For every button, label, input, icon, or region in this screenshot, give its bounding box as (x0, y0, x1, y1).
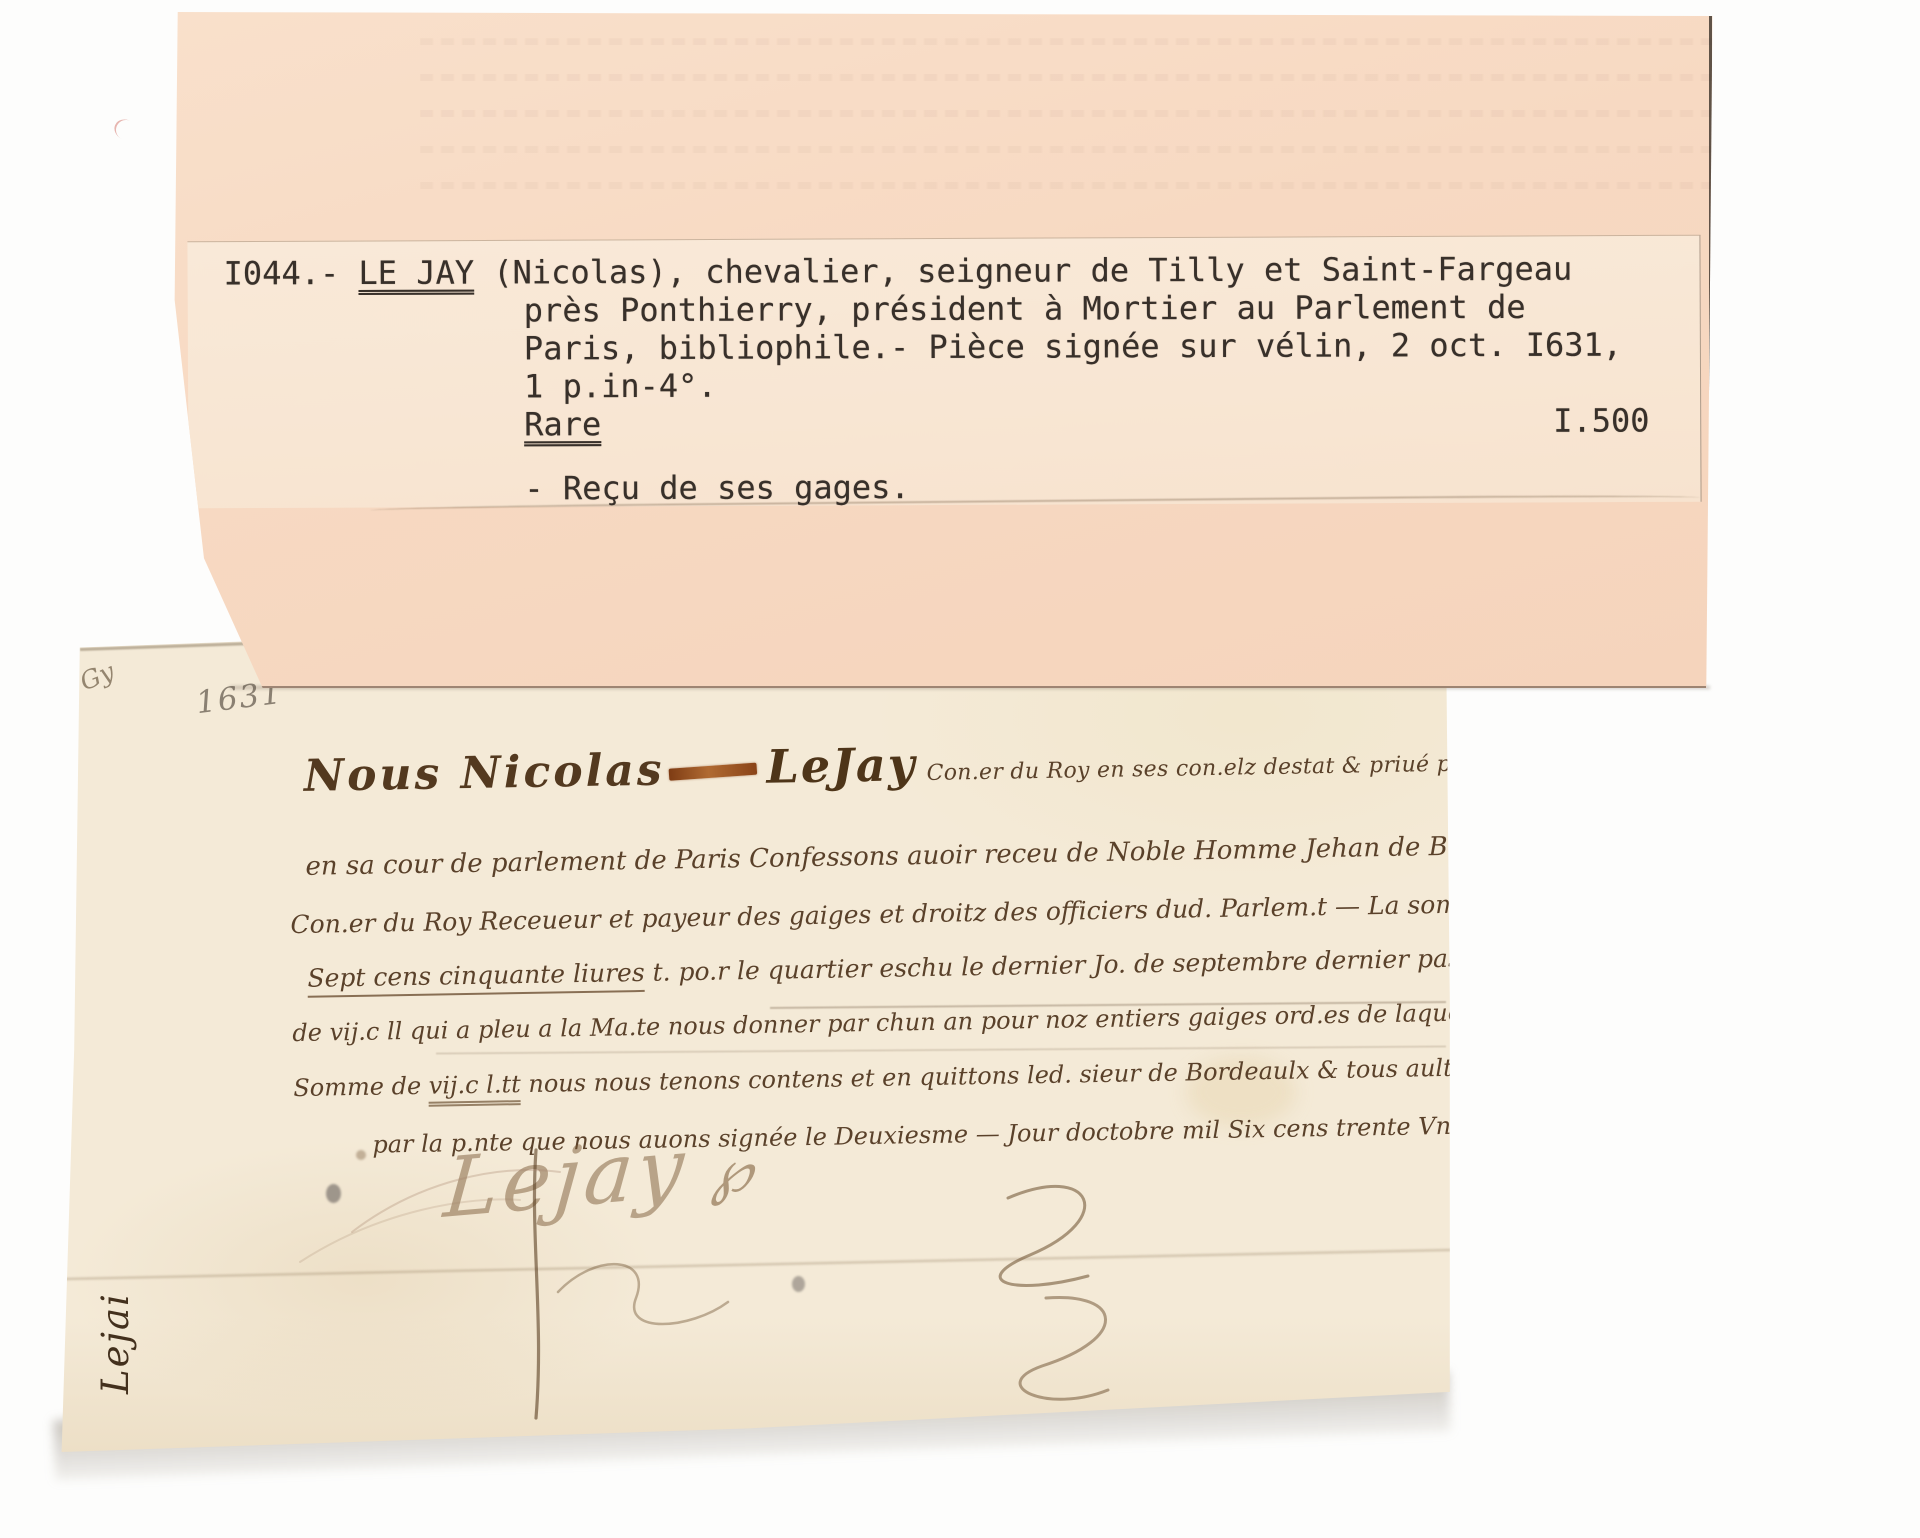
scan-background: Gy 1631 Nous NicolasLeJayCon.er du Roy e… (0, 0, 1920, 1538)
entry-name: LE JAY (358, 254, 474, 292)
manuscript-line-1-rest: Con.er du Roy en ses con.elz destat & pr… (926, 748, 1644, 786)
red-ink-dash (668, 763, 757, 781)
underlined-sum: Sept cens cinquante liures (307, 958, 645, 998)
entry-line-rare: Rare I.500 (524, 402, 1622, 444)
entry-line-3: Paris, bibliophile.- Pièce signée sur vé… (524, 326, 1622, 368)
card-right-edge (1709, 16, 1712, 685)
entry-note: - Reçu de ses gages. (524, 466, 1622, 508)
red-pen-mark (111, 116, 142, 145)
manuscript-line-5: de vij.c ll qui a pleu a la Ma.te nous d… (292, 998, 1523, 1047)
rare-label: Rare (524, 405, 601, 443)
manuscript-opening-words: Nous Nicolas (303, 745, 665, 802)
typewriter-ghost-impression (420, 38, 1720, 190)
manuscript-line-4: Sept cens cinquante liures t. po.r le qu… (307, 941, 1595, 992)
entry-line-1-rest: (Nicolas), chevalier, seigneur de Tilly … (474, 250, 1572, 292)
card-bottom-edge (255, 686, 1706, 688)
manuscript-line-3: Con.er du Roy Receueur et payeur des gai… (290, 888, 1569, 939)
underlined-amount: vij.c l.tt (429, 1070, 522, 1107)
manuscript-line-4-rest: t. po.r le quartier eschu le dernier Jo.… (644, 941, 1595, 987)
entry-line-2: près Ponthierry, président à Mortier au … (524, 288, 1622, 330)
manuscript-line-2: en sa cour de parlement de Paris Confess… (305, 829, 1597, 882)
manuscript-line-6: Somme de vij.c l.tt nous nous tenons con… (293, 1053, 1491, 1102)
manuscript-name-lejay: LeJay (766, 737, 917, 794)
manuscript-line-6-pre: Somme de (293, 1072, 429, 1102)
price: I.500 (1553, 401, 1649, 439)
catalog-card: I044.- LE JAY (Nicolas), chevalier, seig… (170, 12, 1714, 688)
typed-catalog-entry: I044.- LE JAY (Nicolas), chevalier, seig… (224, 250, 1623, 509)
signature-paraph: ℘ (710, 1135, 756, 1207)
manuscript-line-1: Nous NicolasLeJayCon.er du Roy en ses co… (303, 724, 1644, 801)
manuscript-line-6-rest: nous nous tenons contens et en quittons … (520, 1053, 1490, 1098)
margin-vertical-note: Lejai (94, 1292, 137, 1394)
entry-number: I044.- (224, 254, 340, 292)
entry-line-1: I044.- LE JAY (Nicolas), chevalier, seig… (224, 250, 1622, 293)
entry-line-4: 1 p.in-4°. (524, 364, 1622, 406)
